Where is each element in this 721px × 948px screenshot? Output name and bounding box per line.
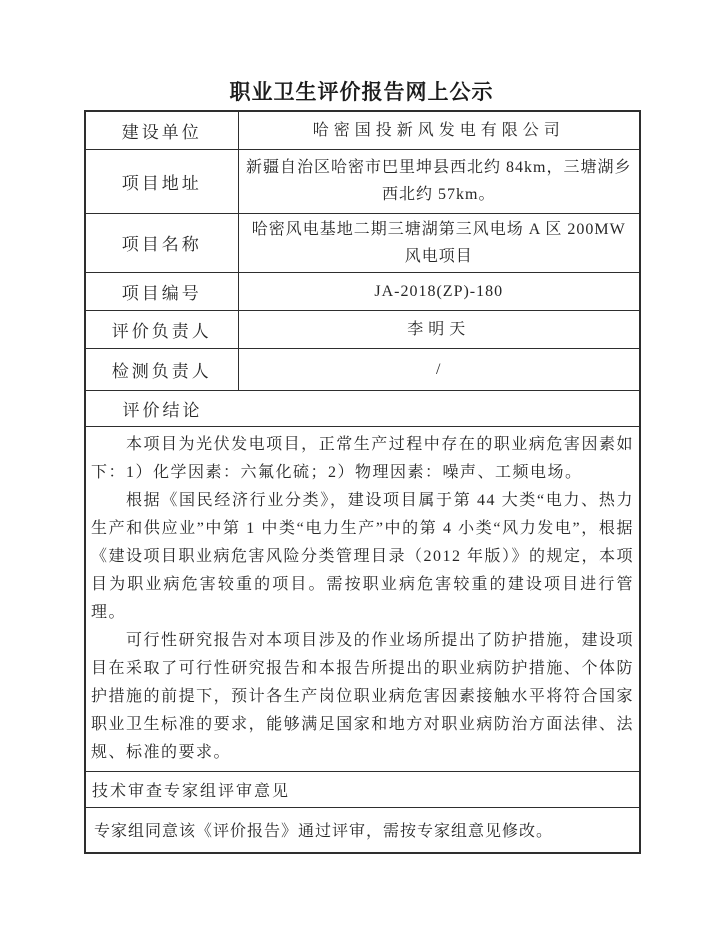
expert-review-label: 技术审查专家组评审意见 xyxy=(85,771,640,807)
project-name-value: 哈密风电基地二期三塘湖第三风电场 A 区 200MW 风电项目 xyxy=(238,213,640,272)
conclusion-paragraph-1: 本项目为光伏发电项目，正常生产过程中存在的职业病危害因素如下：1）化学因素：六氟… xyxy=(91,431,634,487)
table-row-project-number: 项目编号 JA-2018(ZP)-180 xyxy=(85,272,640,310)
conclusion-paragraph-3: 可行性研究报告对本项目涉及的作业场所提出了防护措施，建设项目在采取了可行性研究报… xyxy=(91,627,634,767)
conclusion-body-cell: 本项目为光伏发电项目，正常生产过程中存在的职业病危害因素如下：1）化学因素：六氟… xyxy=(85,426,640,771)
table-row-project-address: 项目地址 新疆自治区哈密市巴里坤县西北约 84km，三塘湖乡西北约 57km。 xyxy=(85,149,640,213)
conclusion-paragraph-2: 根据《国民经济行业分类》，建设项目属于第 44 大类“电力、热力生产和供应业”中… xyxy=(91,487,634,627)
project-number-value: JA-2018(ZP)-180 xyxy=(238,272,640,310)
project-number-label: 项目编号 xyxy=(85,272,238,310)
construction-unit-value: 哈密国投新风发电有限公司 xyxy=(238,111,640,149)
table-row-expert-review-opinion: 专家组同意该《评价报告》通过评审，需按专家组意见修改。 xyxy=(85,807,640,853)
table-row-evaluation-leader: 评价负责人 李明天 xyxy=(85,310,640,348)
publicity-table: 建设单位 哈密国投新风发电有限公司 项目地址 新疆自治区哈密市巴里坤县西北约 8… xyxy=(84,110,641,854)
testing-leader-value: / xyxy=(238,348,640,390)
table-row-project-name: 项目名称 哈密风电基地二期三塘湖第三风电场 A 区 200MW 风电项目 xyxy=(85,213,640,272)
table-row-conclusion-body: 本项目为光伏发电项目，正常生产过程中存在的职业病危害因素如下：1）化学因素：六氟… xyxy=(85,426,640,771)
project-address-value: 新疆自治区哈密市巴里坤县西北约 84km，三塘湖乡西北约 57km。 xyxy=(238,149,640,213)
table-row-testing-leader: 检测负责人 / xyxy=(85,348,640,390)
project-name-label: 项目名称 xyxy=(85,213,238,272)
testing-leader-label: 检测负责人 xyxy=(85,348,238,390)
table-row-construction-unit: 建设单位 哈密国投新风发电有限公司 xyxy=(85,111,640,149)
project-address-label: 项目地址 xyxy=(85,149,238,213)
conclusion-header-cell: 评价结论 xyxy=(85,390,640,426)
table-row-expert-review-header: 技术审查专家组评审意见 xyxy=(85,771,640,807)
evaluation-leader-label: 评价负责人 xyxy=(85,310,238,348)
conclusion-label: 评价结论 xyxy=(86,396,239,421)
evaluation-leader-value: 李明天 xyxy=(238,310,640,348)
document-page: 职业卫生评价报告网上公示 建设单位 哈密国投新风发电有限公司 项目地址 新疆自治… xyxy=(0,0,721,948)
page-title: 职业卫生评价报告网上公示 xyxy=(84,79,639,105)
construction-unit-label: 建设单位 xyxy=(85,111,238,149)
table-row-conclusion-header: 评价结论 xyxy=(85,390,640,426)
expert-review-opinion: 专家组同意该《评价报告》通过评审，需按专家组意见修改。 xyxy=(85,807,640,853)
